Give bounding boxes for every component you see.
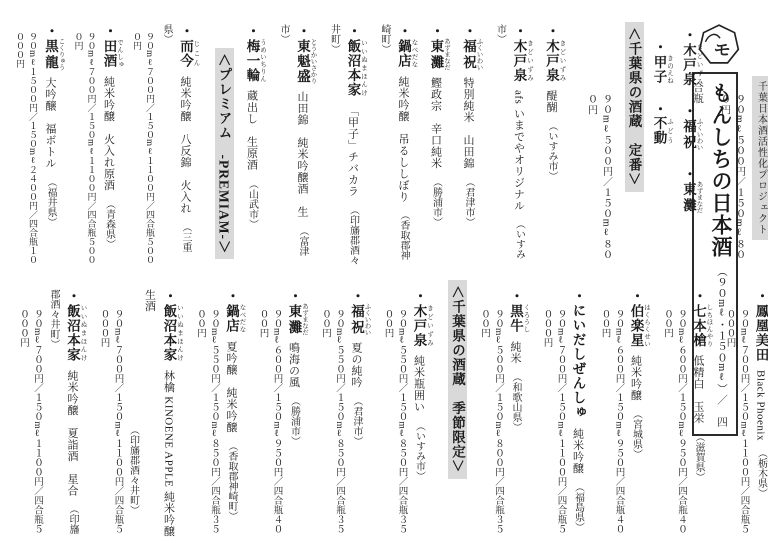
menu-body: ＜アクチバ＞唎酒師 のり社長イチオシ！千葉日本酒活性化プロジェクト９０mℓ５００… [6, 10, 686, 537]
sake-spec: 夏の純吟 [350, 342, 362, 388]
sake-name: ・福祝ふくいわい [461, 24, 476, 69]
sake-price: ９０mℓ７００円／１５０mℓ１１００円／四合瓶５０００円 [540, 277, 568, 537]
section-price: ９０mℓ５００円／１５０mℓ８００円 [717, 10, 747, 266]
menu-item-main: ・黒龍こくりゅう大吟醸 福ボトル（福井県） [40, 10, 65, 266]
section-header-text: ＜千葉県の酒蔵 定番＞ [627, 27, 642, 187]
menu-item: ・黒牛くろうし純米（和歌山県）９０mℓ５００円／１５０mℓ８００円／四合瓶３５０… [477, 277, 530, 537]
sake-name: ・東灘あずまなだ [429, 24, 444, 69]
sake-spec: afs いまでやオリジナル [513, 90, 525, 211]
menu-item-main: ・飯沼本家いいぬまほんけ純米吟醸 夏詣酒 星合（印旛郡酒々井町） [44, 277, 87, 537]
sake-name: ・黒龍こくりゅう [43, 24, 58, 69]
sake-name: ・木戸泉きどいずみ [512, 24, 527, 82]
section-header-text: 千葉日本酒活性化プロジェクト [756, 81, 767, 235]
menu-item: ・木戸泉きどいずみ醍醐（いすみ市） [541, 10, 566, 266]
sake-name: ・鳳凰美田ほうおうびでん [754, 289, 768, 362]
sake-region: （滋賀県） [693, 432, 704, 482]
sake-region: （勝浦市） [431, 177, 442, 227]
section-header-highlight: 千葉日本酒活性化プロジェクト [752, 76, 768, 240]
sake-price: ９０mℓ５５０円／１５０mℓ８５０円／四合瓶３５００円 [318, 277, 346, 537]
sake-name: ・黒牛くろうし [508, 289, 523, 333]
sake-region: （和歌山県） [510, 372, 521, 432]
menu-item-main: ・にいだしぜんしゅ純米吟醸（福島県） [568, 277, 588, 537]
sake-spec: 純米吟醸 [630, 355, 642, 401]
sake-spec: 蔵出し 生原酒 [246, 90, 258, 171]
brand-column: ・木戸泉きどいずみ・福祝ふくいわい・東灘あずまなだ [678, 10, 703, 266]
sake-region: （宮城県） [631, 409, 642, 459]
menu-item-main: ・福祝ふくいわい夏の純吟（君津市） [346, 277, 371, 537]
sake-region: （勝浦市） [289, 396, 300, 446]
sake-region: （香取郡神崎町） [226, 441, 237, 521]
section-header-text: ＜千葉県の酒蔵 季節限定＞ [450, 285, 465, 474]
sake-name: ・鍋店なべだな [224, 289, 239, 333]
sake-spec: 醍醐 [545, 90, 557, 113]
sake-price: ９０mℓ５５０円／１５０mℓ８５０円／四合瓶３５００円 [193, 277, 221, 537]
section-header: ＜千葉県の酒蔵 定番＞ [624, 10, 644, 266]
menu-item: ・田酒でんしゅ純米吟醸 火入れ原酒（青森県）９０mℓ７００円／１５０mℓ１１００… [73, 10, 124, 266]
sake-spec: 低精白 玉栄 [692, 355, 704, 424]
sake-region: （栃木県） [756, 448, 767, 498]
menu-item: ・伯楽星はくらくせい純米吟醸（宮城県）９０mℓ６００円／１５０mℓ９５０円／四合… [598, 277, 651, 537]
sake-region: （君津市） [463, 177, 474, 227]
sake-name: ・木戸泉きどいずみ [544, 24, 559, 82]
sake-region: （福井県） [45, 177, 56, 227]
menu-item-main: ・木戸泉きどいずみafs いまでやオリジナル（いすみ市） [491, 10, 534, 266]
menu-item: ・黒龍こくりゅう大吟醸 福ボトル（福井県）９０mℓ１５００円／１５０mℓ２４００… [14, 10, 65, 266]
sake-spec: 純米吟醸 [572, 428, 584, 474]
menu-item: ・木戸泉きどいずみ純米瓶囲い（いすみ市）９０mℓ５５０円／１５０mℓ８５０円／四… [381, 277, 434, 537]
sake-spec: Black Phoenix [755, 370, 767, 441]
menu-item: ・梅一輪うめいちりん蔵出し 生原酒（山武市） [242, 10, 267, 266]
sake-price: ９０mℓ１５００円／１５０mℓ２４００円／四合瓶１００００円 [14, 10, 40, 266]
menu-item-main: ・木戸泉きどいずみ純米瓶囲い（いすみ市） [409, 277, 434, 537]
menu-item: ・東魁盛とうかいさかり山田錦 純米吟醸酒 生（富津市） [274, 10, 317, 266]
menu-item: ・鍋店なべだな純米吟醸 吊るししぼり（香取郡神崎町） [375, 10, 418, 266]
menu-item: ・木戸泉きどいずみafs いまでやオリジナル（いすみ市） [491, 10, 534, 266]
sake-spec: 夏吟醸 純米吟醸 [225, 341, 237, 433]
section-price: ９０mℓ５００円／１５０mℓ８００円 [584, 10, 614, 266]
sake-price: ９０mℓ７００円／１５０mℓ１１００円／四合瓶５０００円 [131, 10, 157, 266]
sake-menu-page: モ もんしちの日本酒（９０mℓ・１５０mℓ）／ 四合瓶 ＜アクチバ＞唎酒師 のり… [0, 0, 768, 543]
menu-item: ・飯沼本家いいぬまほんけ純米吟醸 夏詣酒 星合（印旛郡酒々井町）９０mℓ７００円… [16, 277, 87, 537]
menu-item: ・東灘あずまなだ鰹政宗 辛口純米（勝浦市） [426, 10, 451, 266]
menu-item: ・飯沼本家いいぬまほんけ林檎 KINOENE APPLE 純米吟醸 生酒（印旛郡… [97, 277, 184, 537]
section-header-highlight: ＜千葉県の酒蔵 季節限定＞ [448, 280, 467, 479]
sake-price: ９０mℓ６００円／１５０mℓ９５０円／四合瓶４０００円 [256, 277, 284, 537]
brand-name: ・東灘あずまなだ [681, 167, 696, 213]
sake-spec: 純米 [509, 341, 521, 364]
brand-name: ・甲子きのえね [652, 40, 667, 84]
sake-price: ９０mℓ５００円／１５０mℓ８００円／四合瓶３５００円 [477, 277, 505, 537]
sake-region: （印旛郡酒々井町） [126, 277, 141, 537]
section-header: ＜千葉県の酒蔵 季節限定＞ [447, 277, 467, 537]
sake-name: ・東魁盛とうかいさかり [295, 24, 310, 83]
sake-name: ・飯沼本家いいぬまほんけ [65, 289, 80, 362]
menu-item: ・飯沼本家いいぬまほんけ「甲子」チバカラ（印旛郡酒々井町） [325, 10, 368, 266]
menu-item: ・福祝ふくいわい特別純米 山田錦（君津市） [458, 10, 483, 266]
menu-item-main: ・鍋店なべだな夏吟醸 純米吟醸（香取郡神崎町） [221, 277, 246, 537]
menu-top-row: ＜アクチバ＞唎酒師 のり社長イチオシ！千葉日本酒活性化プロジェクト９０mℓ５００… [6, 10, 768, 266]
menu-item-main: ・鍋店なべだな純米吟醸 吊るししぼり（香取郡神崎町） [375, 10, 418, 266]
sake-spec: 鰹政宗 辛口純米 [430, 77, 442, 169]
menu-bottom-row: ＜千葉県外の酒蔵 季節限定＞・鳳凰美田ほうおうびでんBlack Phoenix（… [6, 277, 768, 537]
sake-spec: 純米瓶囲い [413, 355, 425, 413]
sake-spec: 特別純米 山田錦 [462, 77, 474, 169]
sake-name: ・木戸泉きどいずみ [412, 289, 427, 347]
section-header: ＜プレミアム -PREMIAM-＞ [214, 10, 234, 266]
menu-item: ・にいだしぜんしゅ純米吟醸（福島県）９０mℓ７００円／１５０mℓ１１００円／四合… [540, 277, 588, 537]
menu-item-main: ・東灘あずまなだ鳴海の風（勝浦市） [284, 277, 309, 537]
sake-name: ・梅一輪うめいちりん [245, 24, 260, 82]
menu-item-main: ・而今じこん純米吟醸 八反錦 火入れ（三重県） [157, 10, 200, 266]
sake-spec: 大吟醸 福ボトル [44, 77, 56, 169]
section-header: 千葉日本酒活性化プロジェクト [752, 10, 768, 266]
menu-item-main: ・黒牛くろうし純米（和歌山県） [505, 277, 530, 537]
brand-column: ・甲子きのえね・不動ふどう [649, 10, 674, 266]
sake-spec: 鳴海の風 [288, 342, 300, 388]
section-header-highlight: ＜千葉県の酒蔵 定番＞ [625, 22, 644, 192]
sake-name: ・田酒でんしゅ [102, 24, 117, 68]
sake-name: ・にいだしぜんしゅ [571, 289, 586, 420]
sake-price: ９０mℓ５５０円／１５０mℓ８５０円／四合瓶３５００円 [381, 277, 409, 537]
menu-item-main: ・福祝ふくいわい特別純米 山田錦（君津市） [458, 10, 483, 266]
sake-price: ９０mℓ７００円／１５０mℓ１１００円／四合瓶５０００円 [723, 277, 751, 537]
brand-name: ・木戸泉きどいずみ [681, 28, 696, 86]
sake-name: ・而今じこん [178, 24, 193, 68]
sake-price: ９０mℓ６００円／１５０mℓ９５０円／四合瓶４０００円 [660, 277, 688, 537]
sake-name: ・飯沼本家いいぬまほんけ [346, 24, 361, 97]
sake-price: ９０mℓ６００円／１５０mℓ９５０円／四合瓶４０００円 [598, 277, 626, 537]
menu-item-main: ・梅一輪うめいちりん蔵出し 生原酒（山武市） [242, 10, 267, 266]
sake-name: ・東灘あずまなだ [287, 289, 302, 334]
sake-region: （福島県） [573, 482, 584, 532]
sake-name: ・福祝ふくいわい [349, 289, 364, 334]
brand-name: ・不動ふどう [652, 102, 667, 146]
menu-item: ・福祝ふくいわい夏の純吟（君津市）９０mℓ５５０円／１５０mℓ８５０円／四合瓶３… [318, 277, 371, 537]
sake-spec: 山田錦 純米吟醸酒 生 [296, 91, 308, 218]
brand-name: ・福祝ふくいわい [681, 104, 696, 149]
recommended-brands: ・木戸泉きどいずみ・福祝ふくいわい・東灘あずまなだ・甲子きのえね・不動ふどう [649, 10, 703, 266]
menu-item: ・鍋店なべだな夏吟醸 純米吟醸（香取郡神崎町）９０mℓ５５０円／１５０mℓ８５０… [193, 277, 246, 537]
sake-region: （青森県） [104, 199, 115, 249]
menu-item-main: ・東魁盛とうかいさかり山田錦 純米吟醸酒 生（富津市） [274, 10, 317, 266]
sake-region: （いすみ市） [546, 121, 557, 181]
sake-spec: 純米吟醸 八反錦 火入れ [179, 76, 191, 214]
sake-price: ９０mℓ７００円／１５０mℓ１１００円／四合瓶５０００円 [73, 10, 99, 266]
menu-item-main: ・飯沼本家いいぬまほんけ「甲子」チバカラ（印旛郡酒々井町） [325, 10, 368, 266]
sake-region: （山武市） [247, 179, 258, 229]
sake-name: ・伯楽星はくらくせい [629, 289, 644, 347]
sake-region: （君津市） [351, 396, 362, 446]
sake-name: ・七本槍しちほんやり [691, 289, 706, 347]
sake-spec: 純米吟醸 火入れ原酒 [103, 76, 115, 191]
menu-item-main: ・鳳凰美田ほうおうびでんBlack Phoenix（栃木県） [751, 277, 768, 537]
menu-item-main: ・伯楽星はくらくせい純米吟醸（宮城県） [626, 277, 651, 537]
section-header-highlight: ＜プレミアム -PREMIAM-＞ [215, 48, 234, 259]
menu-item: ・鳳凰美田ほうおうびでんBlack Phoenix（栃木県）９０mℓ７００円／１… [723, 277, 768, 537]
menu-item-main: ・飯沼本家いいぬまほんけ林檎 KINOENE APPLE 純米吟醸 生酒 [141, 277, 184, 537]
menu-item-main: ・田酒でんしゅ純米吟醸 火入れ原酒（青森県） [99, 10, 124, 266]
sake-name: ・飯沼本家いいぬまほんけ [162, 289, 177, 362]
sake-price: ９０mℓ７００円／１５０mℓ１１００円／四合瓶５０００円 [16, 277, 44, 537]
menu-item-main: ・木戸泉きどいずみ醍醐（いすみ市） [541, 10, 566, 266]
sake-region: （いすみ市） [414, 421, 425, 481]
menu-item: ・七本槍しちほんやり低精白 玉栄（滋賀県）９０mℓ６００円／１５０mℓ９５０円／… [660, 277, 713, 537]
section-header-text: ＜プレミアム -PREMIAM-＞ [217, 53, 232, 254]
sake-name: ・鍋店なべだな [396, 24, 411, 68]
menu-item: ・而今じこん純米吟醸 八反錦 火入れ（三重県）９０mℓ７００円／１５０mℓ１１０… [131, 10, 200, 266]
menu-item-main: ・東灘あずまなだ鰹政宗 辛口純米（勝浦市） [426, 10, 451, 266]
sake-price: ９０mℓ７００円／１５０mℓ１１００円／四合瓶５０００円 [97, 277, 125, 537]
sake-spec: 「甲子」チバカラ [347, 105, 359, 197]
sake-spec: 純米吟醸 吊るししぼり [397, 76, 409, 203]
sake-spec: 純米吟醸 夏詣酒 星合 [66, 370, 78, 497]
menu-item: ・東灘あずまなだ鳴海の風（勝浦市）９０mℓ６００円／１５０mℓ９５０円／四合瓶４… [256, 277, 309, 537]
menu-item-main: ・七本槍しちほんやり低精白 玉栄（滋賀県） [688, 277, 713, 537]
